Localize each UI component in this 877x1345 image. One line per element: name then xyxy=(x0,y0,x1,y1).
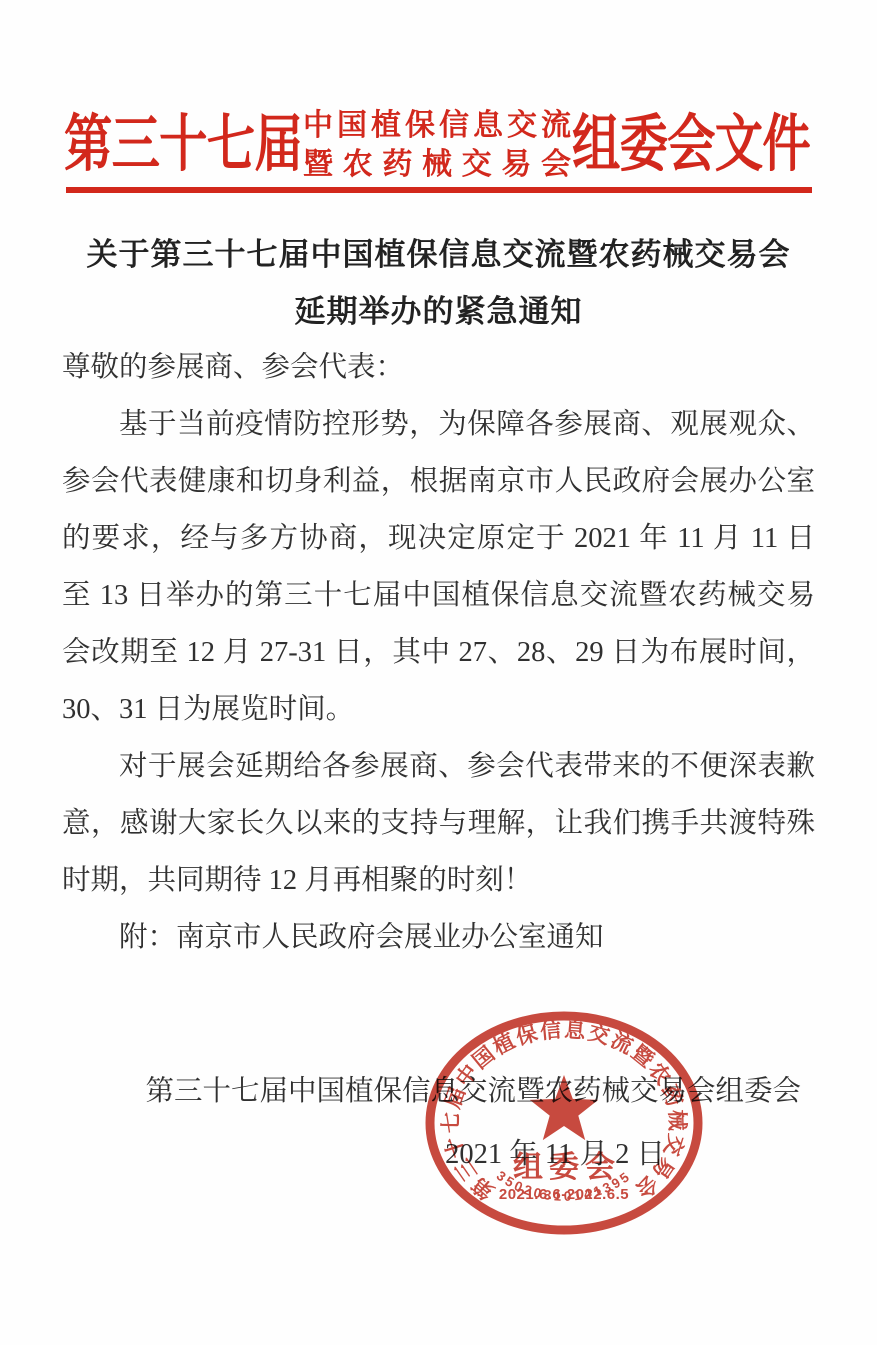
document-title: 关于第三十七届中国植保信息交流暨农药械交易会 延期举办的紧急通知 xyxy=(0,226,877,340)
document-body: 尊敬的参展商、参会代表： 基于当前疫情防控形势，为保障各参展商、观展观众、参会代… xyxy=(62,339,815,966)
attachment-note: 附：南京市人民政府会展业办公室通知 xyxy=(62,909,815,966)
seal-validity-dates: 2021.6.6-2022.6.5 xyxy=(499,1186,629,1203)
seal-serial-number: 35020310141395 xyxy=(494,1168,635,1204)
seal-ring-text: 第三十七届中国植保信息交流暨农药械交易会 xyxy=(440,1018,689,1204)
paragraph-postponement: 基于当前疫情防控形势，为保障各参展商、观展观众、参会代表健康和切身利益，根据南京… xyxy=(62,396,815,738)
letterhead-session: 第三十七届 xyxy=(64,112,302,178)
letterhead-event-name: 中国植保信息交流 暨农药械交易会 xyxy=(303,106,571,184)
paragraph-apology: 对于展会延期给各参展商、参会代表带来的不便深表歉意，感谢大家长久以来的支持与理解… xyxy=(62,738,815,909)
document-title-line1: 关于第三十七届中国植保信息交流暨农药械交易会 xyxy=(0,226,877,283)
signature-line: 第三十七届中国植保信息交流暨农药械交易会组委会 xyxy=(145,1068,801,1109)
letterhead-event-line2: 暨农药械交易会 xyxy=(303,145,571,184)
salutation: 尊敬的参展商、参会代表： xyxy=(62,339,815,396)
letterhead-event-line1: 中国植保信息交流 xyxy=(303,106,571,145)
letterhead-doc-label: 组委会文件 xyxy=(572,112,810,178)
document-page: 第三十七届 中国植保信息交流 暨农药械交易会 组委会文件 关于第三十七届中国植保… xyxy=(0,0,877,1345)
official-seal: 第三十七届中国植保信息交流暨农药械交易会 组委会 2021.6.6-2022.6… xyxy=(418,1004,710,1242)
date-line: 2021 年 11 月 2 日 xyxy=(445,1131,665,1172)
seal-ring xyxy=(430,1016,698,1230)
document-title-line2: 延期举办的紧急通知 xyxy=(0,283,877,340)
letterhead-divider xyxy=(66,187,812,193)
